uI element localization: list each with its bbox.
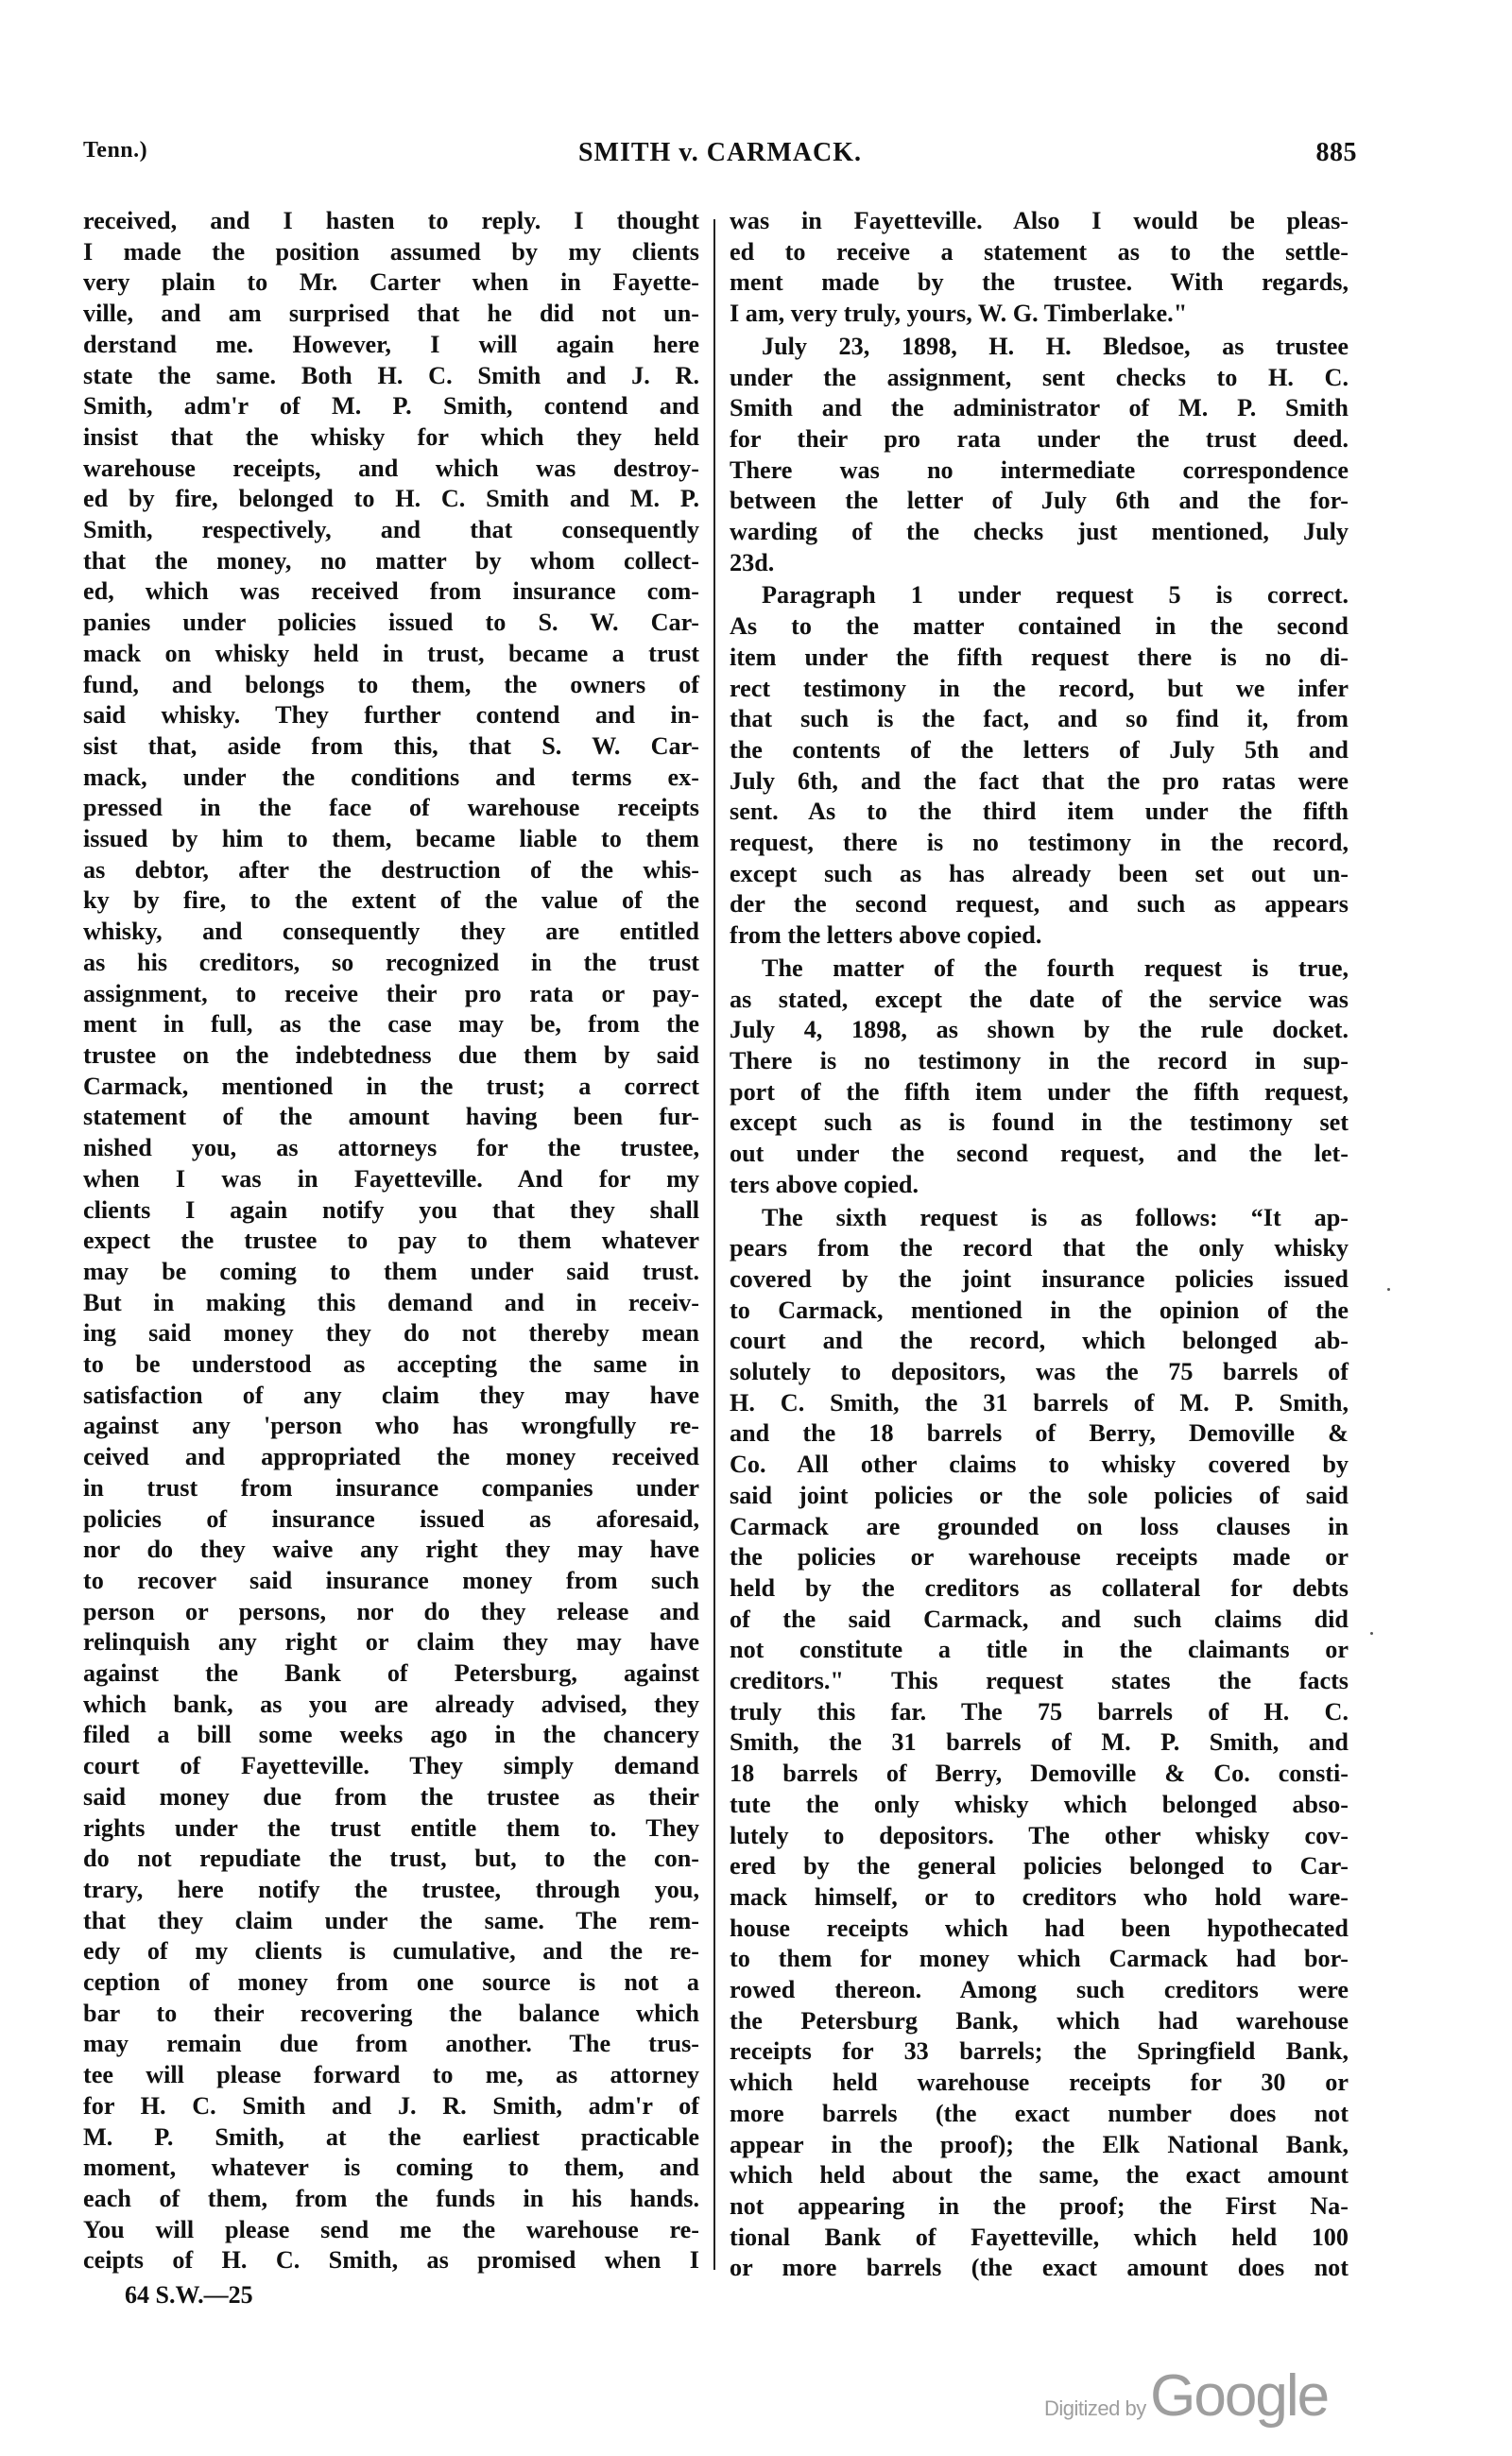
text-line: truly this far. The 75 barrels of H. C. (730, 1697, 1349, 1728)
text-line: But in making this demand and in receiv- (83, 1288, 699, 1319)
text-line: H. C. Smith, the 31 barrels of M. P. Smi… (730, 1388, 1349, 1419)
text-line: for H. C. Smith and J. R. Smith, adm'r o… (83, 2091, 699, 2122)
text-line: trustee on the indebtedness due them by … (83, 1040, 699, 1072)
text-line: satisfaction of any claim they may have (83, 1381, 699, 1412)
text-line: to Carmack, mentioned in the opinion of … (730, 1296, 1349, 1327)
text-line: person or persons, nor do they release a… (83, 1597, 699, 1628)
text-line: Carmack are grounded on loss clauses in (730, 1512, 1349, 1543)
column-divider (713, 219, 715, 2270)
text-line: clients I again notify you that they sha… (83, 1195, 699, 1227)
text-line: moment, whatever is coming to them, and (83, 2153, 699, 2184)
right-column: was in Fayetteville. Also I would be ple… (730, 206, 1349, 2284)
text-line: statement of the amount having been fur- (83, 1102, 699, 1133)
text-line: item under the fifth request there is no… (730, 643, 1349, 674)
text-line: ceived and appropriated the money receiv… (83, 1442, 699, 1473)
text-line: appear in the proof); the Elk National B… (730, 2130, 1349, 2161)
text-line: except such as has already been set out … (730, 859, 1349, 890)
text-line: the policies or warehouse receipts made … (730, 1542, 1349, 1573)
text-line: between the letter of July 6th and the f… (730, 486, 1349, 517)
text-line: to be understood as accepting the same i… (83, 1349, 699, 1381)
text-line: to recover said insurance money from suc… (83, 1566, 699, 1597)
text-line: July 23, 1898, H. H. Bledsoe, as trustee (730, 332, 1349, 363)
text-line: ed by fire, belonged to H. C. Smith and … (83, 484, 699, 515)
text-line: The sixth request is as follows: “It ap- (730, 1203, 1349, 1234)
text-line: against any 'person who has wrongfully r… (83, 1411, 699, 1442)
paragraph: Paragraph 1 under request 5 is correct.A… (730, 580, 1349, 951)
text-line: court of Fayetteville. They simply deman… (83, 1751, 699, 1782)
digitized-by-google-watermark: Digitized by Google (1044, 2362, 1328, 2430)
text-line: creditors." This request states the fact… (730, 1666, 1349, 1697)
paragraph: received, and I hasten to reply. I thoug… (83, 206, 699, 2276)
text-line: trary, here notify the trustee, through … (83, 1875, 699, 1906)
text-line: court and the record, which belonged ab- (730, 1326, 1349, 1357)
text-line: M. P. Smith, at the earliest practicable (83, 2122, 699, 2154)
text-line: request, there is no testimony in the re… (730, 828, 1349, 859)
text-line: I am, very truly, yours, W. G. Timberlak… (730, 299, 1349, 330)
text-line: may remain due from another. The trus- (83, 2029, 699, 2060)
case-title: SMITH v. CARMACK. (83, 138, 1357, 168)
text-line: 23d. (730, 548, 1349, 579)
text-line: sent. As to the third item under the fif… (730, 797, 1349, 828)
text-line: against the Bank of Petersburg, against (83, 1658, 699, 1690)
text-line: ed, which was received from insurance co… (83, 576, 699, 608)
text-line: 18 barrels of Berry, Demoville & Co. con… (730, 1759, 1349, 1790)
text-line: rowed thereon. Among such creditors were (730, 1975, 1349, 2006)
text-line: each of them, from the funds in his hand… (83, 2184, 699, 2215)
text-line: The matter of the fourth request is true… (730, 953, 1349, 985)
text-line: port of the fifth item under the fifth r… (730, 1077, 1349, 1108)
text-line: ed to receive a statement as to the sett… (730, 237, 1349, 268)
text-line: lutely to depositors. The other whisky c… (730, 1821, 1349, 1852)
paragraph: was in Fayetteville. Also I would be ple… (730, 206, 1349, 330)
text-line: held by the creditors as collateral for … (730, 1573, 1349, 1605)
text-line: warehouse receipts, and which was destro… (83, 454, 699, 485)
text-line: out under the second request, and the le… (730, 1139, 1349, 1170)
text-line: ters above copied. (730, 1170, 1349, 1201)
google-logo-text: Google (1150, 2363, 1328, 2429)
watermark-prefix: Digitized by (1044, 2396, 1146, 2420)
text-line: received, and I hasten to reply. I thoug… (83, 206, 699, 237)
text-line: of the said Carmack, and such claims did (730, 1605, 1349, 1636)
left-column: received, and I hasten to reply. I thoug… (83, 206, 699, 2276)
text-line: Paragraph 1 under request 5 is correct. (730, 580, 1349, 611)
text-line: under the assignment, sent checks to H. … (730, 363, 1349, 394)
text-line: tional Bank of Fayetteville, which held … (730, 2223, 1349, 2254)
text-line: policies of insurance issued as aforesai… (83, 1504, 699, 1536)
text-line: ceipts of H. C. Smith, as promised when … (83, 2245, 699, 2276)
text-line: very plain to Mr. Carter when in Fayette… (83, 267, 699, 299)
paragraph: The matter of the fourth request is true… (730, 953, 1349, 1201)
text-line: There was no intermediate correspondence (730, 455, 1349, 487)
running-head: Tenn.) SMITH v. CARMACK. 885 (83, 138, 1357, 176)
text-line: mack on whisky held in trust, became a t… (83, 639, 699, 670)
text-line: tee will please forward to me, as attorn… (83, 2060, 699, 2091)
text-line: assignment, to receive their pro rata or… (83, 979, 699, 1010)
text-line: Smith, respectively, and that consequent… (83, 515, 699, 546)
text-line: July 6th, and the fact that the pro rata… (730, 766, 1349, 798)
text-line: which held about the same, the exact amo… (730, 2160, 1349, 2191)
text-line: mack himself, or to creditors who hold w… (730, 1882, 1349, 1914)
text-line: more barrels (the exact number does not (730, 2099, 1349, 2130)
text-line: Smith and the administrator of M. P. Smi… (730, 393, 1349, 424)
text-line: ing said money they do not thereby mean (83, 1318, 699, 1349)
text-line: from the letters above copied. (730, 920, 1349, 952)
text-line: not constitute a title in the claimants … (730, 1635, 1349, 1666)
text-line: pressed in the face of warehouse receipt… (83, 793, 699, 824)
text-line: which bank, as you are already advised, … (83, 1690, 699, 1721)
text-line: not appearing in the proof; the First Na… (730, 2191, 1349, 2223)
text-line: You will please send me the warehouse re… (83, 2215, 699, 2246)
text-line: As to the matter contained in the second (730, 611, 1349, 643)
text-line: ky by fire, to the extent of the value o… (83, 885, 699, 917)
text-line: that the money, no matter by whom collec… (83, 546, 699, 577)
text-line: was in Fayetteville. Also I would be ple… (730, 206, 1349, 237)
text-line: said money due from the trustee as their (83, 1782, 699, 1813)
text-line: or more barrels (the exact amount does n… (730, 2253, 1349, 2284)
paragraph: The sixth request is as follows: “It ap-… (730, 1203, 1349, 2285)
text-line: fund, and belongs to them, the owners of (83, 670, 699, 701)
text-line: whisky, and consequently they are entitl… (83, 917, 699, 948)
text-line: Smith, the 31 barrels of M. P. Smith, an… (730, 1727, 1349, 1759)
text-line: insist that the whisky for which they he… (83, 422, 699, 454)
scan-speck (1387, 1288, 1390, 1291)
text-line: There is no testimony in the record in s… (730, 1046, 1349, 1077)
text-line: the Petersburg Bank, which had warehouse (730, 2006, 1349, 2037)
text-line: rights under the trust entitle them to. … (83, 1813, 699, 1845)
text-line: warding of the checks just mentioned, Ju… (730, 517, 1349, 548)
text-line: ered by the general policies belonged to… (730, 1851, 1349, 1882)
text-line: der the second request, and such as appe… (730, 889, 1349, 920)
page-number: 885 (1316, 138, 1358, 168)
text-line: receipts for 33 barrels; the Springfield… (730, 2036, 1349, 2068)
text-line: to them for money which Carmack had bor- (730, 1944, 1349, 1975)
text-line: bar to their recovering the balance whic… (83, 1999, 699, 2030)
text-line: tute the only whisky which belonged abso… (730, 1790, 1349, 1821)
text-line: relinquish any right or claim they may h… (83, 1627, 699, 1658)
text-line: Co. All other claims to whisky covered b… (730, 1450, 1349, 1481)
text-line: said joint policies or the sole policies… (730, 1481, 1349, 1512)
text-line: do not repudiate the trust, but, to the … (83, 1844, 699, 1875)
text-line: mack, under the conditions and terms ex- (83, 763, 699, 794)
text-line: July 4, 1898, as shown by the rule docke… (730, 1015, 1349, 1046)
text-line: state the same. Both H. C. Smith and J. … (83, 361, 699, 392)
text-line: rect testimony in the record, but we inf… (730, 674, 1349, 705)
text-line: said whisky. They further contend and in… (83, 700, 699, 731)
text-line: that such is the fact, and so find it, f… (730, 704, 1349, 735)
text-line: may be coming to them under said trust. (83, 1257, 699, 1288)
text-line: the contents of the letters of July 5th … (730, 735, 1349, 766)
signature-mark: 64 S.W.—25 (125, 2281, 253, 2310)
text-line: except such as is found in the testimony… (730, 1108, 1349, 1139)
text-line: sist that, aside from this, that S. W. C… (83, 731, 699, 763)
text-line: issued by him to them, became liable to … (83, 824, 699, 855)
text-line: as debtor, after the destruction of the … (83, 855, 699, 886)
text-line: covered by the joint insurance policies … (730, 1264, 1349, 1296)
text-line: derstand me. However, I will again here (83, 330, 699, 361)
scan-speck (1370, 1632, 1373, 1635)
text-line: expect the trustee to pay to them whatev… (83, 1226, 699, 1257)
text-line: nor do they waive any right they may hav… (83, 1535, 699, 1566)
text-line: and the 18 barrels of Berry, Demoville & (730, 1418, 1349, 1450)
text-line: in trust from insurance companies under (83, 1473, 699, 1504)
text-line: Carmack, mentioned in the trust; a corre… (83, 1072, 699, 1103)
text-line: as his creditors, so recognized in the t… (83, 948, 699, 979)
text-line: panies under policies issued to S. W. Ca… (83, 608, 699, 639)
text-line: ment in full, as the case may be, from t… (83, 1009, 699, 1040)
text-line: solutely to depositors, was the 75 barre… (730, 1357, 1349, 1388)
text-line: that they claim under the same. The rem- (83, 1906, 699, 1937)
text-line: house receipts which had been hypothecat… (730, 1914, 1349, 1945)
text-line: for their pro rata under the trust deed. (730, 424, 1349, 455)
text-line: ception of money from one source is not … (83, 1967, 699, 1999)
text-line: as stated, except the date of the servic… (730, 985, 1349, 1016)
text-line: edy of my clients is cumulative, and the… (83, 1936, 699, 1967)
paragraph: July 23, 1898, H. H. Bledsoe, as trustee… (730, 332, 1349, 579)
text-line: pears from the record that the only whis… (730, 1233, 1349, 1264)
text-line: filed a bill some weeks ago in the chanc… (83, 1720, 699, 1751)
text-line: ment made by the trustee. With regards, (730, 267, 1349, 299)
text-line: Smith, adm'r of M. P. Smith, contend and (83, 391, 699, 422)
text-line: ville, and am surprised that he did not … (83, 299, 699, 330)
text-line: nished you, as attorneys for the trustee… (83, 1133, 699, 1164)
text-line: when I was in Fayetteville. And for my (83, 1164, 699, 1195)
text-line: which held warehouse receipts for 30 or (730, 2068, 1349, 2099)
text-line: I made the position assumed by my client… (83, 237, 699, 268)
